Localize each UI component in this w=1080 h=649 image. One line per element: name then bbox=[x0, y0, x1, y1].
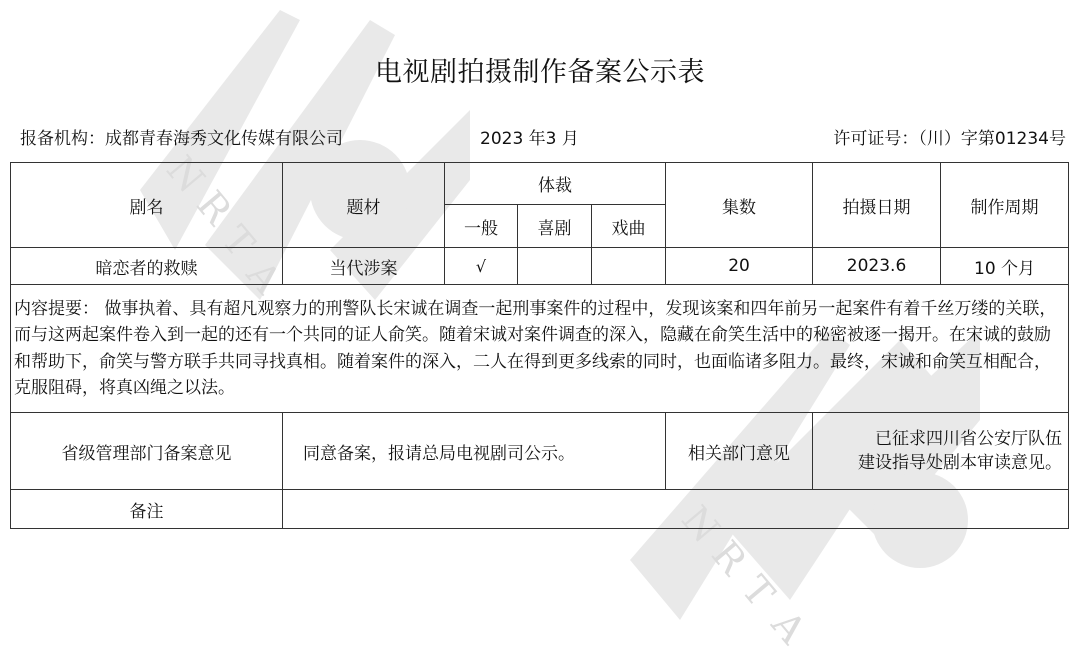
cell-genre-comedy-check bbox=[518, 248, 592, 285]
filing-organization: 报备机构：成都青春海秀文化传媒有限公司 bbox=[20, 124, 343, 149]
org-label: 报备机构： bbox=[20, 129, 105, 149]
filing-date: 2023 年3 月 bbox=[480, 124, 579, 149]
col-header-shoot-date: 拍摄日期 bbox=[813, 163, 941, 248]
header-row: 剧名 题材 体裁 集数 拍摄日期 制作周期 bbox=[11, 163, 1069, 205]
org-value: 成都青春海秀文化传媒有限公司 bbox=[105, 129, 343, 149]
col-header-cycle: 制作周期 bbox=[941, 163, 1069, 248]
dept-opinion-line1: 已征求四川省公安厅队伍 bbox=[875, 429, 1062, 449]
summary-row: 内容提要： 做事执着、具有超凡观察力的刑警队长宋诚在调查一起刑事案件的过程中，发… bbox=[11, 285, 1069, 413]
summary-label: 内容提要： bbox=[14, 299, 99, 319]
license-number: 许可证号：（川）字第01234号 bbox=[833, 124, 1066, 149]
cell-cycle: 10 个月 bbox=[941, 248, 1069, 285]
col-header-genre-comedy: 喜剧 bbox=[518, 205, 592, 248]
table-row: 暗恋者的救赎 当代涉案 √ 20 2023.6 10 个月 bbox=[11, 248, 1069, 285]
license-value: （川）字第01234号 bbox=[918, 129, 1066, 149]
col-header-episodes: 集数 bbox=[666, 163, 813, 248]
cell-episodes: 20 bbox=[666, 248, 813, 285]
col-header-genre-opera: 戏曲 bbox=[592, 205, 666, 248]
provincial-opinion-value: 同意备案，报请总局电视剧司公示。 bbox=[283, 413, 666, 490]
col-header-name: 剧名 bbox=[11, 163, 283, 248]
remarks-label: 备注 bbox=[11, 490, 283, 529]
filing-form-page: 电视剧拍摄制作备案公示表 报备机构：成都青春海秀文化传媒有限公司 2023 年3… bbox=[0, 0, 1080, 649]
dept-opinion-value: 已征求四川省公安厅队伍建设指导处剧本审读意见。 bbox=[813, 413, 1069, 490]
cell-shoot-date: 2023.6 bbox=[813, 248, 941, 285]
dept-opinion-label: 相关部门意见 bbox=[666, 413, 813, 490]
summary-text: 做事执着、具有超凡观察力的刑警队长宋诚在调查一起刑事案件的过程中，发现该案和四年… bbox=[14, 299, 1056, 399]
provincial-opinion-label: 省级管理部门备案意见 bbox=[11, 413, 283, 490]
dept-opinion-line2: 建设指导处剧本审读意见。 bbox=[858, 453, 1062, 473]
cell-subject: 当代涉案 bbox=[283, 248, 445, 285]
cell-genre-general-check: √ bbox=[445, 248, 518, 285]
license-label: 许可证号： bbox=[833, 129, 918, 149]
content-summary: 内容提要： 做事执着、具有超凡观察力的刑警队长宋诚在调查一起刑事案件的过程中，发… bbox=[11, 285, 1069, 413]
remarks-value bbox=[283, 490, 1069, 529]
remarks-row: 备注 bbox=[11, 490, 1069, 529]
cell-genre-opera-check bbox=[592, 248, 666, 285]
filing-table: 剧名 题材 体裁 集数 拍摄日期 制作周期 一般 喜剧 戏曲 暗恋者的救赎 当代… bbox=[10, 162, 1069, 529]
page-title: 电视剧拍摄制作备案公示表 bbox=[0, 50, 1080, 89]
col-header-genre-general: 一般 bbox=[445, 205, 518, 248]
col-header-genre: 体裁 bbox=[445, 163, 666, 205]
opinion-row: 省级管理部门备案意见 同意备案，报请总局电视剧司公示。 相关部门意见 已征求四川… bbox=[11, 413, 1069, 490]
cell-name: 暗恋者的救赎 bbox=[11, 248, 283, 285]
col-header-subject: 题材 bbox=[283, 163, 445, 248]
